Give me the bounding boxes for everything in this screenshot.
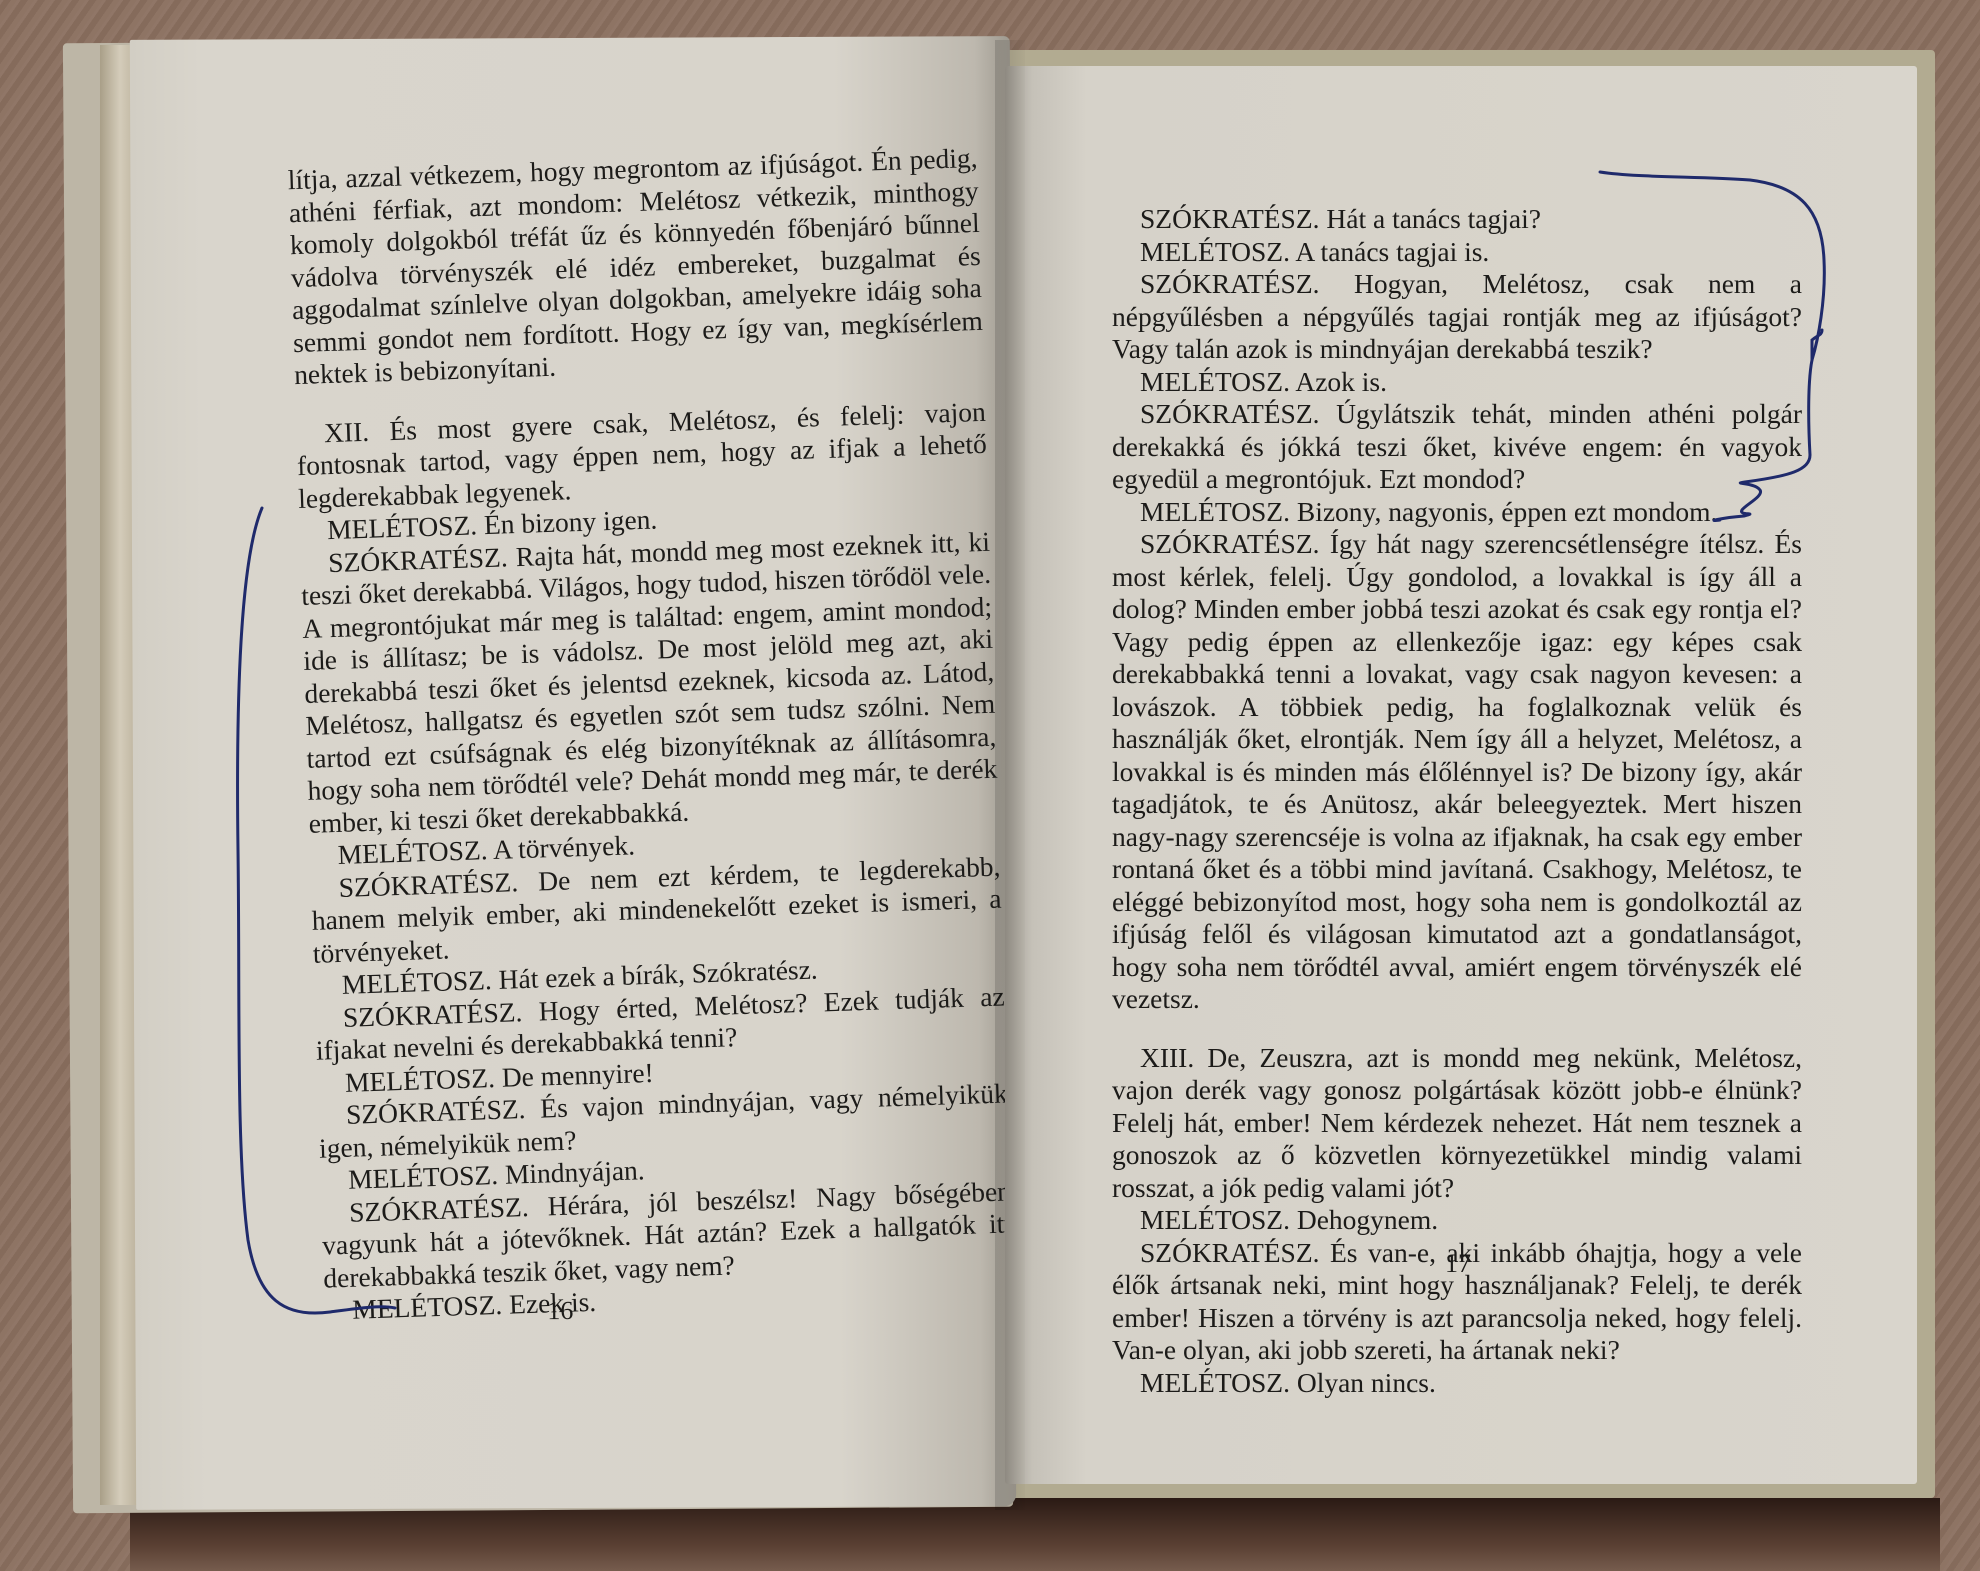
section-gap	[1112, 1016, 1802, 1042]
paragraph: SZÓKRATÉSZ. Hát a tanács tagjai?	[1112, 203, 1802, 236]
page-number: 16	[547, 1296, 573, 1326]
paragraph: SZÓKRATÉSZ. Úgylátszik tehát, minden ath…	[1112, 398, 1802, 496]
paragraph: SZÓKRATÉSZ. Hogyan, Melétosz, csak nem a…	[1112, 268, 1802, 366]
paragraph: MELÉTOSZ. A tanács tagjai is.	[1112, 236, 1802, 269]
right-page: SZÓKRATÉSZ. Hát a tanács tagjai?MELÉTOSZ…	[1005, 66, 1917, 1484]
paragraph: SZÓKRATÉSZ. Rajta hát, mondd meg most ez…	[300, 525, 999, 840]
left-page: lítja, azzal vétkezem, hogy megrontom az…	[130, 36, 1016, 1510]
book-gutter	[995, 40, 1025, 1510]
paragraph: MELÉTOSZ. Olyan nincs.	[1112, 1367, 1802, 1400]
left-page-text: lítja, azzal vétkezem, hogy megrontom az…	[287, 142, 1014, 1327]
paragraph: MELÉTOSZ. Dehogynem.	[1112, 1204, 1802, 1237]
paragraph: XIII. De, Zeuszra, azt is mondd meg nekü…	[1112, 1042, 1802, 1205]
paragraph: MELÉTOSZ. Bizony, nagyonis, éppen ezt mo…	[1112, 496, 1802, 529]
right-page-text: SZÓKRATÉSZ. Hát a tanács tagjai?MELÉTOSZ…	[1112, 203, 1802, 1399]
page-number: 17	[1445, 1249, 1471, 1279]
paragraph: lítja, azzal vétkezem, hogy megrontom az…	[287, 142, 984, 392]
paragraph: SZÓKRATÉSZ. Így hát nagy szerencsétlensé…	[1112, 528, 1802, 1016]
paragraph: MELÉTOSZ. Azok is.	[1112, 366, 1802, 399]
